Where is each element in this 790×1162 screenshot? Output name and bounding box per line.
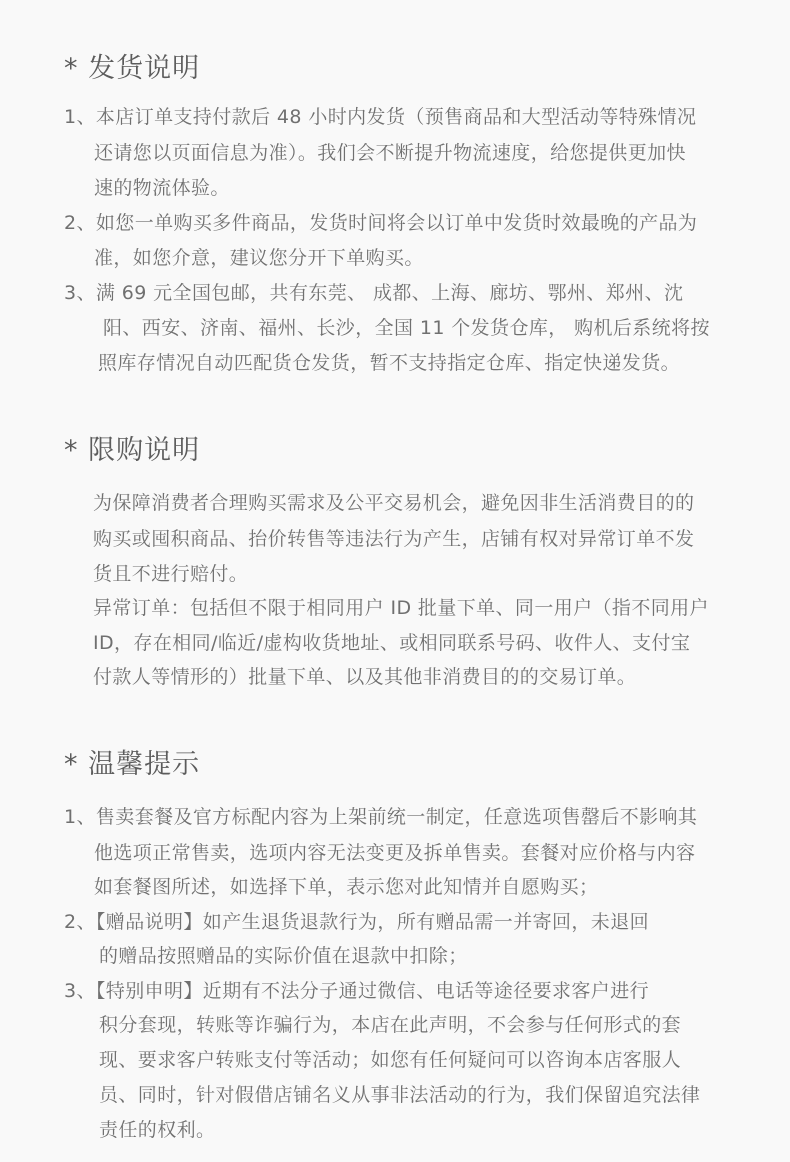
- shipping-info-title: * 发货说明: [64, 46, 200, 85]
- purchase-limit-line-4: 异常订单：包括但不限于相同用户 ID 批量下单、同一用户（指不同用户: [93, 595, 709, 621]
- purchase-limit-line-5: ID，存在相同/临近/虚构收货地址、或相同联系号码、收件人、支付宝: [93, 630, 690, 656]
- tips-line-8: 现、要求客户转账支付等活动；如您有任何疑问可以咨询本店客服人: [99, 1047, 681, 1073]
- tips-line-10: 责任的权利。: [99, 1117, 215, 1143]
- purchase-limit-line-6: 付款人等情形的）批量下单、以及其他非消费目的的交易订单。: [93, 664, 636, 690]
- tips-line-4: 2、【赠品说明】如产生退货退款行为，所有赠品需一并寄回，未退回: [64, 909, 649, 935]
- shipping-line-2: 还请您以页面信息为准）。我们会不断提升物流速度，给您提供更加快: [94, 140, 686, 166]
- shipping-line-3: 速的物流体验。: [94, 175, 230, 201]
- shipping-line-7: 阳、西安、济南、福州、长沙，全国 11 个发货仓库， 购机后系统将按: [103, 315, 710, 341]
- shipping-line-5: 准，如您介意，建议您分开下单购买。: [94, 245, 424, 271]
- shipping-line-8: 照库存情况自动匹配货仓发货，暂不支持指定仓库、指定快递发货。: [98, 350, 680, 376]
- tips-title: * 温馨提示: [64, 742, 200, 781]
- purchase-limit-line-2: 购买或囤积商品、抬价转售等违法行为产生，店铺有权对异常订单不发: [93, 526, 694, 552]
- purchase-limit-line-1: 为保障消费者合理购买需求及公平交易机会，避免因非生活消费目的的: [93, 490, 694, 516]
- tips-line-7: 积分套现，转账等诈骗行为，本店在此声明，不会参与任何形式的套: [99, 1012, 681, 1038]
- purchase-limit-title: * 限购说明: [64, 428, 200, 467]
- tips-line-1: 1、售卖套餐及官方标配内容为上架前统一制定，任意选项售罄后不影响其: [64, 804, 697, 830]
- tips-line-5: 的赠品按照赠品的实际价值在退款中扣除；: [99, 943, 468, 969]
- tips-line-6: 3、【特别申明】近期有不法分子通过微信、电话等途径要求客户进行: [64, 978, 649, 1004]
- shipping-line-6: 3、满 69 元全国包邮，共有东莞、 成都、上海、廊坊、鄂州、郑州、沈: [64, 280, 683, 306]
- shipping-line-4: 2、如您一单购买多件商品，发货时间将会以订单中发货时效最晚的产品为: [64, 210, 697, 236]
- purchase-limit-line-3: 货且不进行赔付。: [93, 561, 248, 587]
- tips-line-9: 员、同时，针对假借店铺名义从事非法活动的行为，我们保留追究法律: [99, 1082, 700, 1108]
- shipping-line-1: 1、本店订单支持付款后 48 小时内发货（预售商品和大型活动等特殊情况: [64, 104, 696, 130]
- tips-line-3: 如套餐图所述，如选择下单，表示您对此知情并自愿购买；: [94, 874, 598, 900]
- tips-line-2: 他选项正常售卖，选项内容无法变更及拆单售卖。套餐对应价格与内容: [94, 840, 695, 866]
